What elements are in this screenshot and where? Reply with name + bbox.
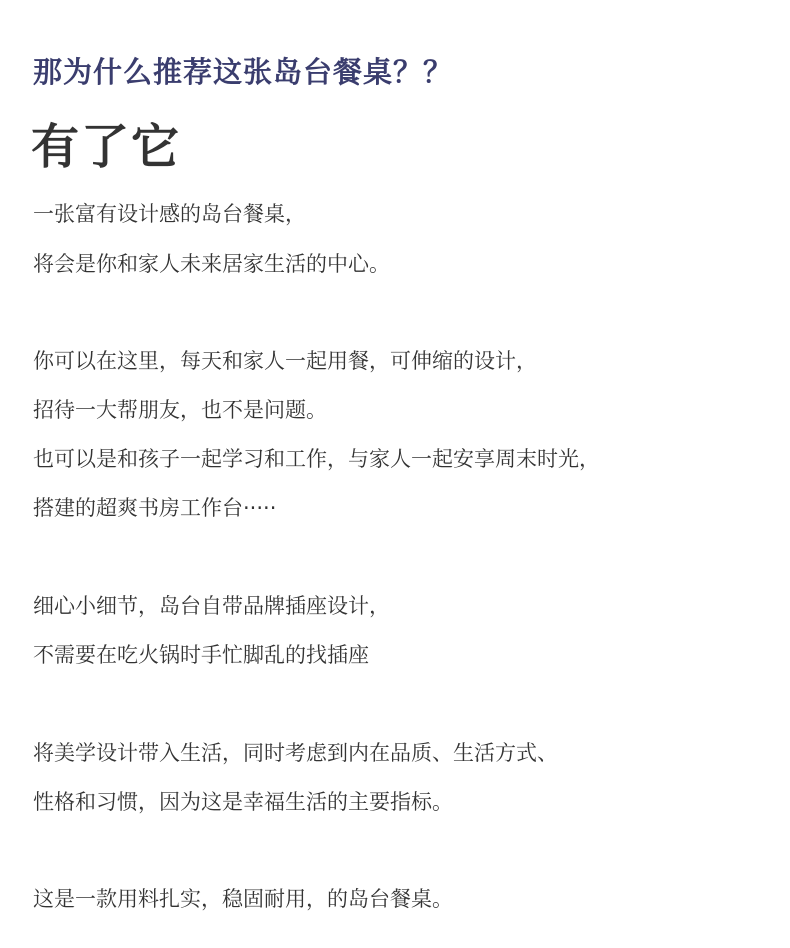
text-line: 这是一款用料扎实，稳固耐用，的岛台餐桌。 <box>33 883 453 913</box>
text-line: 性格和习惯，因为这是幸福生活的主要指标。 <box>33 786 453 816</box>
text-line: 将会是你和家人未来居家生活的中心。 <box>33 248 390 278</box>
text-line: 你可以在这里，每天和家人一起用餐，可伸缩的设计， <box>33 345 537 375</box>
section-subtitle: 那为什么推荐这张岛台餐桌？？ <box>33 50 453 91</box>
text-line: 将美学设计带入生活，同时考虑到内在品质、生活方式、 <box>33 737 558 767</box>
text-line: 也可以是和孩子一起学习和工作，与家人一起安享周末时光， <box>33 443 600 473</box>
text-line: 细心小细节，岛台自带品牌插座设计， <box>33 590 390 620</box>
text-line: 招待一大帮朋友，也不是问题。 <box>33 394 327 424</box>
section-title: 有了它 <box>31 108 181 177</box>
text-line: 搭建的超爽书房工作台····· <box>33 492 276 522</box>
text-line: 一张富有设计感的岛台餐桌， <box>33 198 306 228</box>
text-line: 不需要在吃火锅时手忙脚乱的找插座 <box>33 639 369 669</box>
